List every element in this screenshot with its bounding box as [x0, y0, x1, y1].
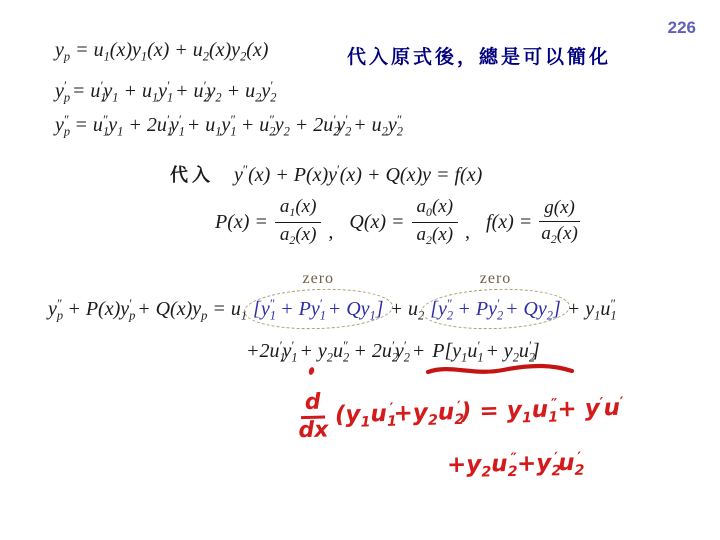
math-P-lhs: P(x) =: [215, 211, 268, 234]
math-line2-terms: +2u1′y1′ + y2u2″ + 2u2′y2′ +: [246, 340, 430, 362]
definition-f: f(x) = g(x) a2(x): [486, 198, 580, 247]
simplify-note: 代入原式後，總是可以簡化: [347, 48, 611, 67]
math-yp-double-prime: yp″ = u1″y1 + 2u1′y1′ + u1y1″ + u2″y2 + …: [55, 114, 402, 136]
main-equation-line1: yp″ + P(x)yp′ + Q(x)yp = u1 zero [y1″ + …: [48, 298, 616, 322]
math-Q-lhs: Q(x) =: [349, 211, 404, 234]
handwritten-line1: d dx (y1u1′+y2u2′) = y1u1″+ y′u′: [297, 384, 624, 443]
page-number: 226: [668, 18, 696, 38]
red-underline-stroke: [425, 363, 575, 377]
math-yp-prime: yp′ = u1′y1 + u1y1′ + u2′y2 + u2y2′: [55, 80, 273, 102]
handwritten-derivative-eq: (y1u1′+y2u2′) = y1u1″+ y′u′: [335, 394, 624, 431]
math-f-lhs: f(x) =: [486, 211, 532, 234]
handwritten-line2: +y2u2″+y2′u2′: [447, 450, 582, 481]
zero-group-2: zero [y2″ + Py2′ + Qy2]: [428, 298, 563, 322]
comma-separator: ,: [328, 221, 333, 248]
coefficient-definitions: P(x) = a1(x) a2(x) , Q(x) = a0(x) a2(x) …: [215, 197, 580, 248]
fraction-f-denominator: a2(x): [541, 222, 577, 247]
fraction-P-numerator: a1(x): [275, 197, 321, 223]
handwritten-ddx-fraction: d dx: [297, 391, 328, 442]
equation-yp-double-prime: yp″ = u1″y1 + 2u1′y1′ + u1y1″ + u2″y2 + …: [55, 114, 402, 138]
math-zero-group-1: [y1″ + Py1′ + Qy1]: [253, 298, 384, 320]
fraction-f-numerator: g(x): [539, 198, 580, 222]
equation-yp: yp = u1(x)y1(x) + u2(x)y2(x): [55, 40, 268, 63]
zero-group-1: zero [y1″ + Py1′ + Qy1]: [251, 298, 386, 322]
fraction-Q: a0(x) a2(x): [412, 197, 458, 248]
substitute-label: 代入: [170, 165, 214, 185]
substitute-row: 代入 y″(x) + P(x)y′(x) + Q(x)y = f(x): [170, 164, 482, 185]
lecture-slide: 226 yp = u1(x)y1(x) + u2(x)y2(x) 代入原式後，總…: [0, 0, 720, 540]
math-ode: y″(x) + P(x)y′(x) + Q(x)y = f(x): [234, 164, 482, 186]
handwritten-dx: dx: [298, 418, 329, 442]
math-zero-group-2: [y2″ + Py2′ + Qy2]: [430, 298, 561, 320]
definition-Q: Q(x) = a0(x) a2(x) ,: [349, 197, 470, 248]
main-equation-line2: +2u1′y1′ + y2u2″ + 2u2′y2′ + P[y1u1′ + y…: [246, 340, 542, 364]
fraction-Q-denominator: a2(x): [417, 223, 453, 248]
equation-yp-prime: yp′ = u1′y1 + u1y1′ + u2′y2 + u2y2′: [55, 80, 273, 104]
fraction-Q-numerator: a0(x): [412, 197, 458, 223]
fraction-P: a1(x) a2(x): [275, 197, 321, 248]
handwritten-derivative-eq2: +y2u2″+y2′u2′: [447, 450, 582, 478]
fraction-P-denominator: a2(x): [280, 223, 316, 248]
zero-label-1: zero: [303, 271, 335, 287]
math-yp: yp = u1(x)y1(x) + u2(x)y2(x): [55, 39, 268, 61]
math-line2-underlined: P[y1u1′ + y2u2′]: [432, 340, 539, 362]
comma-separator: ,: [465, 221, 470, 248]
math-plus-u2: + u2: [390, 298, 425, 320]
red-tick-mark: [308, 366, 315, 375]
zero-label-2: zero: [480, 271, 512, 287]
math-main-tail: + y1u1″: [567, 298, 616, 320]
math-main-lhs: yp″ + P(x)yp′ + Q(x)yp = u1: [48, 298, 247, 320]
underlined-term: P[y1u1′ + y2u2′]: [430, 340, 541, 364]
handwritten-d: d: [300, 392, 324, 420]
fraction-f: g(x) a2(x): [539, 198, 580, 247]
definition-P: P(x) = a1(x) a2(x) ,: [215, 197, 333, 248]
